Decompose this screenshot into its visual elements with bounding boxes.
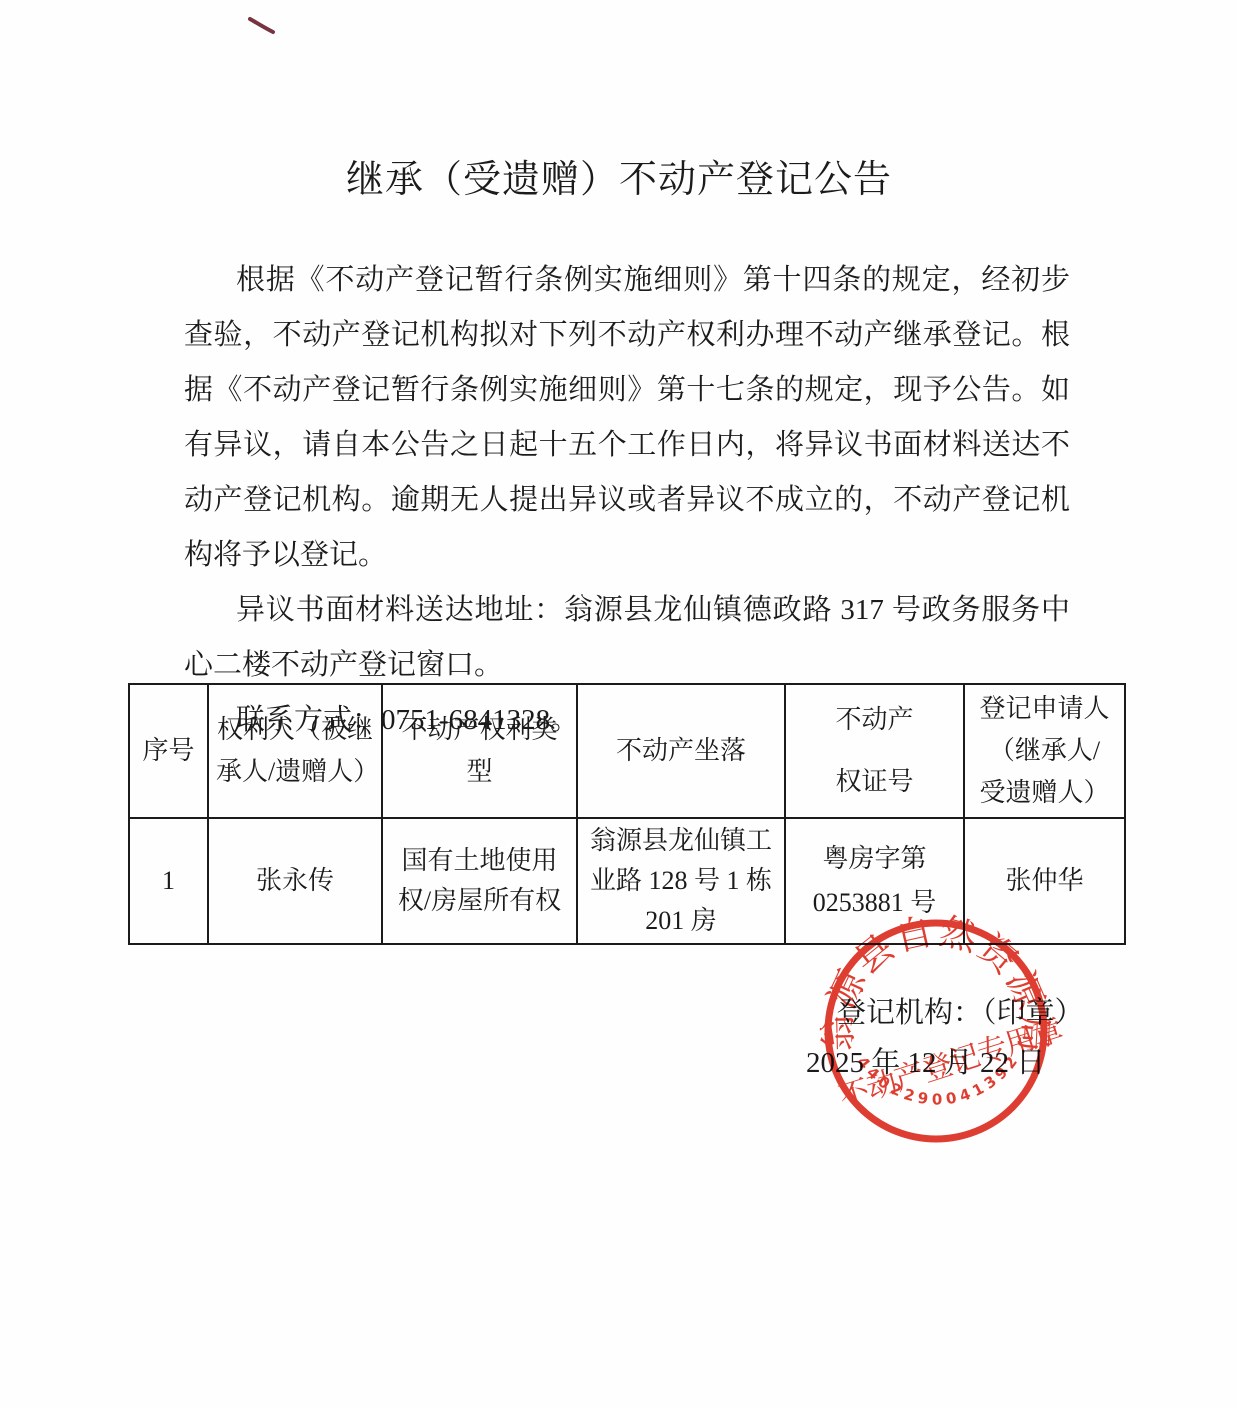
paragraph-objection-address: 异议书面材料送达地址：翁源县龙仙镇德政路 317 号政务服务中心二楼不动产登记窗… (184, 583, 1070, 693)
stamp-circle (828, 923, 1044, 1139)
header-location: 不动产坐落 (577, 684, 785, 818)
header-holder: 权利人（被继承人/遗赠人） (208, 684, 382, 818)
handwriting-mark-icon (250, 19, 273, 32)
cell-cert-no: 粤房字第 0253881 号 (785, 818, 964, 944)
cell-seq: 1 (129, 818, 208, 944)
cell-location: 翁源县龙仙镇工业路 128 号 1 栋 201 房 (577, 818, 785, 944)
paragraph-legal-basis: 根据《不动产登记暂行条例实施细则》第十四条的规定，经初步查验，不动产登记机构拟对… (184, 253, 1070, 583)
page-title: 继承（受遗赠）不动产登记公告 (0, 148, 1238, 203)
header-cert-no: 不动产 权证号 (785, 684, 964, 818)
signature-date: 2025 年 12 月 22 日 (806, 1040, 1045, 1081)
announcement-table: 序号 权利人（被继承人/遗赠人） 不动产权利类型 不动产坐落 不动产 权证号 登… (128, 683, 1126, 945)
cell-applicant: 张仲华 (964, 818, 1125, 944)
signature-authority-line: 登记机构：（印章） (837, 990, 1084, 1031)
announcement-document: 继承（受遗赠）不动产登记公告 根据《不动产登记暂行条例实施细则》第十四条的规定，… (0, 0, 1238, 1409)
table-row: 1 张永传 国有土地使用权/房屋所有权 翁源县龙仙镇工业路 128 号 1 栋 … (129, 818, 1125, 944)
cell-holder: 张永传 (208, 818, 382, 944)
cell-right-type: 国有土地使用权/房屋所有权 (382, 818, 577, 944)
header-seq: 序号 (129, 684, 208, 818)
header-applicant: 登记申请人 （继承人/ 受遗赠人） (964, 684, 1125, 818)
announcement-body: 根据《不动产登记暂行条例实施细则》第十四条的规定，经初步查验，不动产登记机构拟对… (184, 253, 1070, 748)
table-header-row: 序号 权利人（被继承人/遗赠人） 不动产权利类型 不动产坐落 不动产 权证号 登… (129, 684, 1125, 818)
header-right-type: 不动产权利类型 (382, 684, 577, 818)
